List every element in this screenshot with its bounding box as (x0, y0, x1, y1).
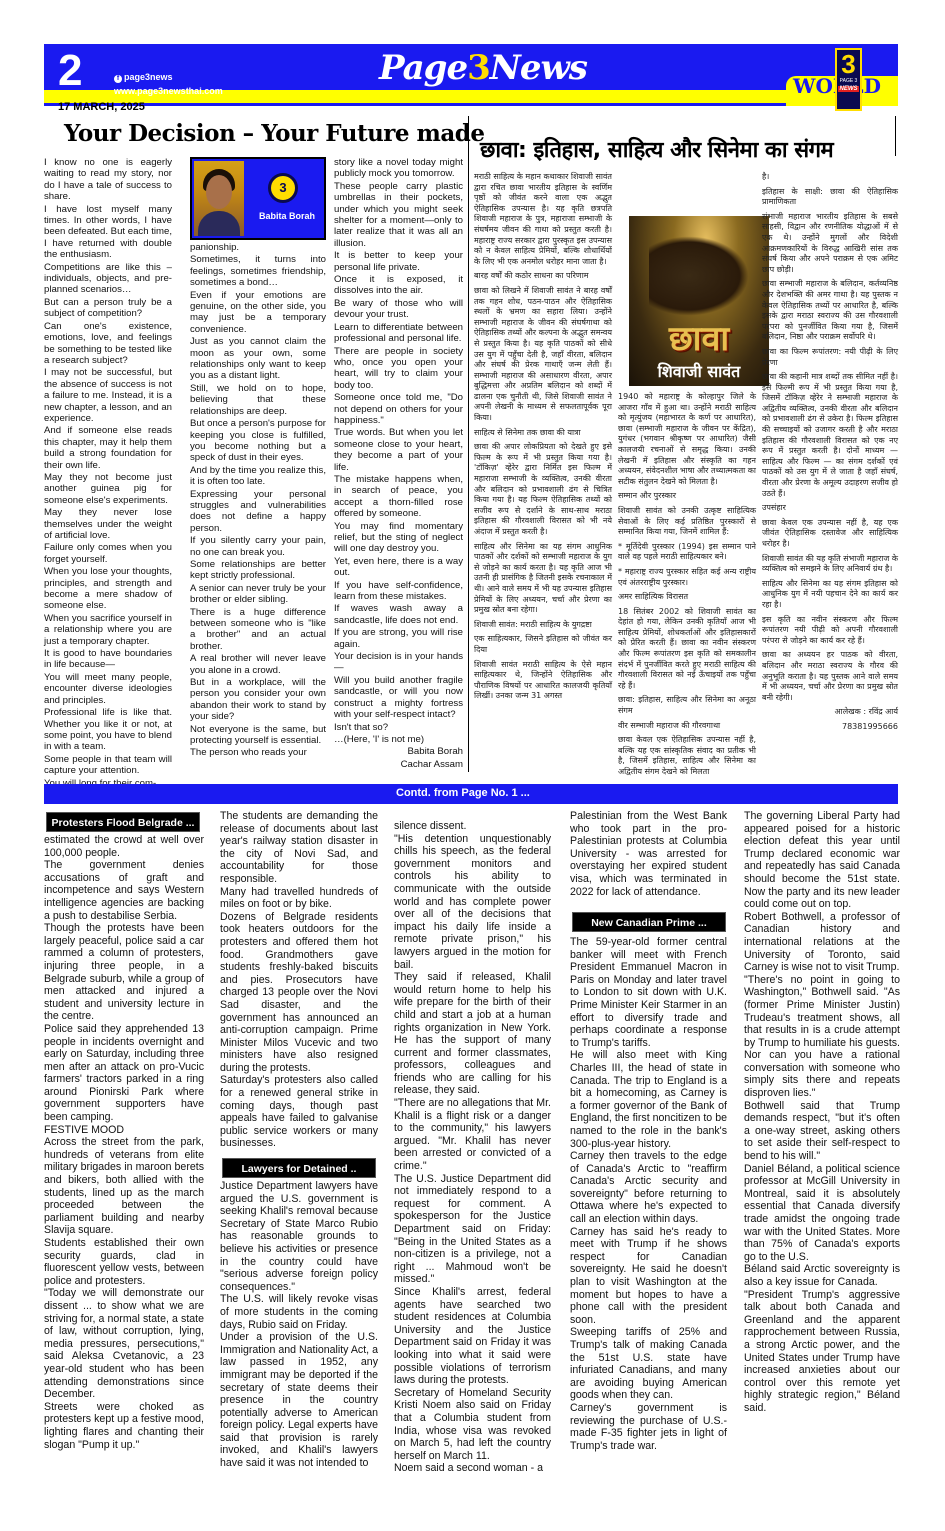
paragraph: Daniel Béland, a political science profe… (744, 1163, 900, 1264)
paragraph: Though the protests have been largely pe… (44, 922, 204, 1023)
paragraph: Once it is exposed, it dissolves into th… (334, 274, 463, 297)
paragraph: It is better to keep your personal life … (334, 250, 463, 273)
paragraph: Secretary of Homeland Security Kristi No… (394, 1387, 551, 1463)
logo-text-page: Page (379, 48, 467, 88)
paragraph: Dozens of Belgrade residents took heater… (220, 911, 378, 1075)
subheading: छावा: इतिहास, साहित्य और सिनेमा का अनूठा… (618, 695, 756, 716)
paragraph: Under a provision of the U.S. Immigratio… (220, 1331, 378, 1470)
badge-number: 3 (837, 50, 860, 78)
subheading: वीर सम्भाजी महाराज की गौरवगाथा (618, 721, 756, 732)
author-name: Babita Borah (252, 211, 322, 221)
paragraph: The mistake happens when, in search of p… (334, 474, 463, 520)
author-body (198, 211, 240, 236)
paragraph: Students established their own security … (44, 1237, 204, 1287)
paragraph: Palestinian from the West Bank who took … (570, 810, 727, 898)
paragraph: "Today we will demonstrate our dissent .… (44, 1287, 204, 1400)
paragraph: A senior can never truly be your brother… (190, 583, 326, 606)
paragraph: I have lost myself many times. In other … (44, 204, 172, 261)
paragraph: शिवाजी सावंत की यह कृति संभाजी महाराज के… (762, 554, 898, 575)
hindi-column-2: 1940 को महाराष्ट्र के कोल्हापुर जिले के … (618, 392, 756, 782)
paragraph: Across the street from the park, hundred… (44, 1136, 204, 1237)
paragraph: Noem said a second woman - a (394, 1462, 551, 1475)
paragraph: शिवाजी सावंत को उनकी उत्कृष्ट साहित्यिक … (618, 506, 756, 538)
paragraph: I may not be successful, but the absence… (44, 367, 172, 424)
paragraph: Isn't that so? (334, 722, 463, 733)
paragraph: Still, we hold on to hope, believing tha… (190, 383, 326, 417)
paragraph: estimated the crowd at well over 100,000… (44, 834, 204, 859)
paragraph: They said if released, Khalil would retu… (394, 971, 551, 1097)
article-column-3: story like a novel today might publicly … (334, 157, 463, 771)
paragraph: If waves wash away a sandcastle, life do… (334, 603, 463, 626)
social-links: fpage3news www.page3newsthai.com (114, 70, 223, 98)
paragraph: साहित्य और सिनेमा का यह संगम इतिहास को आ… (762, 579, 898, 611)
news-column-4b: The 59-year-old former central banker wi… (570, 936, 727, 1452)
news-column-5: The governing Liberal Party had appeared… (744, 810, 900, 1415)
paragraph: If you are strong, you will rise again. (334, 627, 463, 650)
paragraph: The government denies accusations of gra… (44, 859, 204, 922)
subheading: एक साहित्यकार, जिसने इतिहास को जीवंत कर … (474, 634, 612, 655)
page-number: 2 (58, 48, 82, 94)
paragraph: Carney's government is reviewing the pur… (570, 1402, 727, 1452)
paragraph: इस कृति का नवीन संस्करण और फिल्म रूपांतर… (762, 615, 898, 647)
byline-phone: 78381995666 (762, 722, 898, 733)
article-column-1: I know no one is eagerly waiting to read… (44, 157, 172, 790)
website-link[interactable]: www.page3newsthai.com (114, 84, 223, 98)
subheading: अमर साहित्यिक विरासत (618, 592, 756, 603)
paragraph: You will meet many people, encounter div… (44, 672, 172, 706)
badge-news: NEWS (838, 86, 859, 92)
paragraph: FESTIVE MOOD (44, 1124, 204, 1137)
paragraph: …(Here, 'I' is not me) (334, 734, 463, 745)
subheading: सम्मान और पुरस्कार (618, 491, 756, 502)
paragraph: It is good to have boundaries in life be… (44, 648, 172, 671)
story-heading-belgrade[interactable]: Protesters Flood Belgrade ... (46, 812, 200, 832)
subheading: उपसंहार (762, 503, 898, 514)
paragraph: संभाजी महाराज भारतीय इतिहास के सबसे साहस… (762, 212, 898, 276)
hindi-column-3: है। इतिहास के साक्षी: छावा की ऐतिहासिक प… (762, 172, 898, 737)
paragraph: साहित्य और सिनेमा का यह संगम आधुनिक पाठक… (474, 542, 612, 616)
author-photo (194, 161, 244, 236)
column-divider (895, 116, 896, 156)
paragraph: है। (762, 172, 898, 183)
paragraph: शिवाजी सावंत मराठी साहित्य के ऐसे महान स… (474, 660, 612, 702)
paragraph: Failure only comes when you forget yours… (44, 542, 172, 565)
paragraph: छावा सम्भाजी महाराज के बलिदान, कर्तव्यनि… (762, 279, 898, 343)
subheading: इतिहास के साक्षी: छावा की ऐतिहासिक प्राम… (762, 187, 898, 208)
logo-three: 3 (467, 48, 490, 88)
news-column-3: silence dissent. "His detention unquesti… (394, 820, 551, 1475)
paragraph: There is a huge difference between someo… (190, 607, 326, 653)
column-divider (468, 116, 469, 772)
paragraph: छावा की अपार लोकप्रियता को देखते हुए इसे… (474, 442, 612, 537)
paragraph: Justice Department lawyers have argued t… (220, 1180, 378, 1293)
paragraph: 18 सितंबर 2002 को शिवाजी सावंत का देहांत… (618, 607, 756, 692)
badge-page: PAGE 3 (837, 78, 860, 84)
paragraph: Expressing your personal struggles and v… (190, 489, 326, 535)
paragraph: Yet, even here, there is a way out. (334, 556, 463, 579)
news-column-2b: Justice Department lawyers have argued t… (220, 1180, 378, 1470)
paragraph: There are people in society who, once yo… (334, 346, 463, 392)
paragraph: But can a person truly be a subject of c… (44, 297, 172, 320)
paragraph: Police said they apprehended 13 people i… (44, 1023, 204, 1124)
paragraph: मराठी साहित्य के महान कथाकार शिवाजी सावं… (474, 172, 612, 267)
paragraph: But in a workplace, will the person you … (190, 677, 326, 723)
paragraph: Competitions are like this – individuals… (44, 262, 172, 296)
paragraph: When you lose your thoughts, principles,… (44, 566, 172, 612)
paragraph: If you have self-confidence, learn from … (334, 580, 463, 603)
paragraph: The governing Liberal Party had appeared… (744, 810, 900, 911)
paragraph: "There are no allegations that Mr. Khali… (394, 1097, 551, 1173)
paragraph: The 59-year-old former central banker wi… (570, 936, 727, 1049)
paragraph: Since Khalil's arrest, federal agents ha… (394, 1286, 551, 1387)
signature-name: Babita Borah (334, 746, 463, 757)
author-face (206, 175, 232, 209)
paragraph: Can one's existence, emotions, love, and… (44, 321, 172, 367)
paragraph: Carney then travels to the edge of Canad… (570, 1150, 727, 1226)
article-title-english: Your Decision – Your Future made (64, 120, 485, 147)
paragraph: But once a person's purpose for keeping … (190, 418, 326, 464)
paragraph: Carney has said he's ready to meet with … (570, 1226, 727, 1327)
newspaper-logo: Page3News (379, 48, 587, 88)
paragraph: "There's no point in going to Washington… (744, 974, 900, 1100)
logo-text-news: News (490, 48, 587, 88)
article-column-2: panionship. Sometimes, it turns into fee… (190, 242, 326, 760)
paragraph: Just as you cannot claim the moon as you… (190, 336, 326, 382)
paragraph: You may find momentary relief, but the s… (334, 521, 463, 555)
page3-badge-logo: 3 PAGE 3 NEWS (835, 48, 862, 111)
paragraph: Robert Bothwell, a professor of Canadian… (744, 911, 900, 974)
paragraph: छावा की कहानी मात्र शब्दों तक सीमित नहीं… (762, 372, 898, 499)
hindi-column-1: मराठी साहित्य के महान कथाकार शिवाजी सावं… (474, 172, 612, 706)
paragraph: The person who reads your (190, 747, 326, 758)
paragraph: छावा को लिखने में शिवाजी सावंत ने बारह व… (474, 286, 612, 424)
paragraph: May they not become just another guinea … (44, 472, 172, 506)
author-photo-box: 3 Babita Borah (190, 157, 326, 240)
facebook-icon: f (114, 75, 122, 83)
paragraph: He will also meet with King Charles III,… (570, 1049, 727, 1150)
subheading: शिवाजी सावंत: मराठी साहित्य के युगद्रष्ट… (474, 620, 612, 631)
paragraph: Learn to differentiate between professio… (334, 322, 463, 345)
byline-name: आलेखक : रविंद्र आर्य (762, 707, 898, 718)
signature-place: Cachar Assam (334, 759, 463, 770)
paragraph: If you silently carry your pain, no one … (190, 535, 326, 558)
article-title-hindi: छावा: इतिहास, साहित्य और सिनेमा का संगम (480, 134, 833, 164)
subheading: छावा का फिल्म रूपांतरण: नयी पीढ़ी के लिए… (762, 347, 898, 368)
book-cover-image: छावा शिवाजी सावंत (629, 216, 769, 386)
paragraph: Sweeping tariffs of 25% and Trump's talk… (570, 1326, 727, 1402)
paragraph: "His detention unquestionably chills his… (394, 833, 551, 972)
story-heading-canadian[interactable]: New Canadian Prime ... (572, 912, 726, 932)
paragraph: छावा का अध्ययन हर पाठक को वीरता, बलिदान … (762, 650, 898, 703)
paragraph: 1940 को महाराष्ट्र के कोल्हापुर जिले के … (618, 392, 756, 487)
paragraph: Many had travelled hundreds of miles on … (220, 886, 378, 911)
paragraph: Professional life is like that. Whether … (44, 707, 172, 753)
paragraph: Be wary of those who will devour your tr… (334, 298, 463, 321)
paragraph: And if someone else reads this chapter, … (44, 425, 172, 471)
paragraph: These people carry plastic umbrellas in … (334, 181, 463, 249)
paragraph: May they never lose themselves under the… (44, 507, 172, 541)
paragraph: silence dissent. (394, 820, 551, 833)
paragraph: The U.S. will likely revoke visas of mor… (220, 1293, 378, 1331)
paragraph: I know no one is eagerly waiting to read… (44, 157, 172, 203)
paragraph: * महाराष्ट्र राज्य पुरस्कार सहित कई अन्य… (618, 567, 756, 588)
newspaper-page: 2 fpage3news www.page3newsthai.com 17 MA… (44, 44, 898, 1494)
paragraph: The students are demanding the release o… (220, 810, 378, 886)
paragraph: Some relationships are better kept stric… (190, 559, 326, 582)
paragraph: Not everyone is the same, but protecting… (190, 724, 326, 747)
subheading: साहित्य से सिनेमा तक छावा की यात्रा (474, 428, 612, 439)
continued-label: Contd. from Page No. 1 ... (396, 787, 530, 799)
paragraph: Streets were choked as protesters kept u… (44, 1401, 204, 1451)
paragraph: Someone once told me, "Do not depend on … (334, 392, 463, 426)
book-cover-title: छावा (629, 314, 769, 360)
news-column-4: Palestinian from the West Bank who took … (570, 810, 727, 898)
paragraph: "President Trump's aggressive talk about… (744, 1289, 900, 1415)
facebook-handle[interactable]: page3news (124, 72, 173, 82)
paragraph: Béland said Arctic sovereignty is also a… (744, 1263, 900, 1288)
paragraph: True words. But when you let someone clo… (334, 427, 463, 473)
news-column-2: The students are demanding the release o… (220, 810, 378, 1150)
issue-date: 17 MARCH, 2025 (58, 101, 145, 113)
paragraph: Bothwell said that Trump demands respect… (744, 1100, 900, 1163)
paragraph: panionship. (190, 242, 326, 253)
paragraph: A real brother will never leave you alon… (190, 653, 326, 676)
paragraph: छावा केवल एक ऐतिहासिक उपन्यास नहीं है, ब… (618, 735, 756, 777)
story-heading-lawyers[interactable]: Lawyers for Detained .. (222, 1158, 376, 1178)
paragraph: When you sacrifice yourself in a relatio… (44, 613, 172, 647)
paragraph: * मूर्तिदेवी पुरस्कार (1994) इस सम्मान प… (618, 542, 756, 563)
paragraph: The U.S. Justice Department did not imme… (394, 1173, 551, 1286)
paragraph: Some people in that team will capture yo… (44, 754, 172, 777)
news-column-1: estimated the crowd at well over 100,000… (44, 834, 204, 1451)
paragraph: Even if your emotions are genuine, on th… (190, 290, 326, 336)
paragraph: छावा केवल एक उपन्यास नहीं है, यह एक जीवं… (762, 518, 898, 550)
paragraph: And by the time you realize this, it is … (190, 465, 326, 488)
book-cover-figure (649, 236, 749, 316)
paragraph: Will you build another fragile sandcastl… (334, 675, 463, 721)
paragraph: Saturday's protesters also called for a … (220, 1074, 378, 1150)
paragraph: Sometimes, it turns into feelings, somet… (190, 254, 326, 288)
subheading: बारह वर्षों की कठोर साधना का परिणाम (474, 271, 612, 282)
book-cover-author: शिवाजी सावंत (629, 360, 769, 382)
paragraph: Your decision is in your hands— (334, 651, 463, 674)
page3-round-logo: 3 (268, 173, 298, 203)
paragraph: story like a novel today might publicly … (334, 157, 463, 180)
